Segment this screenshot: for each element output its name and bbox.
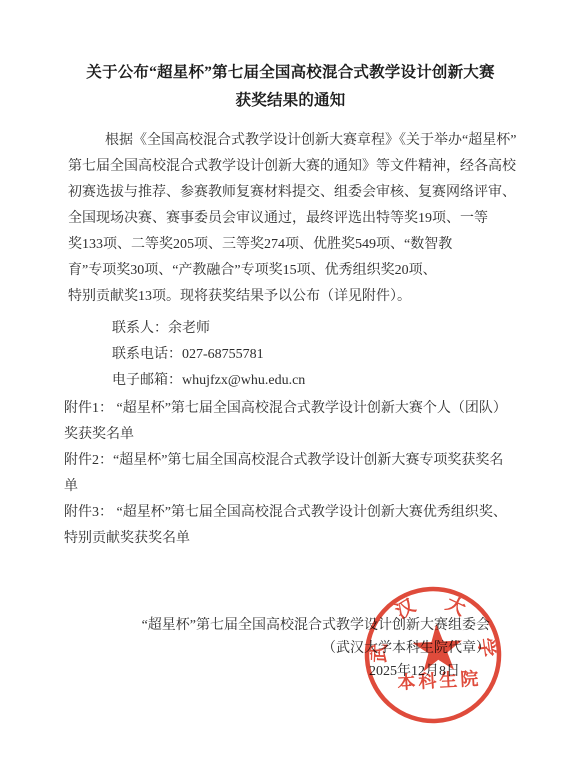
attachment-line: 附件3： “超星杯”第七届全国高校混合式教学设计创新大赛优秀组织奖、 — [64, 500, 581, 526]
notice-title-line-2: 获奖结果的通知 — [40, 87, 541, 115]
paragraph-line: 特别贡献奖13项。现将获奖结果予以公布（详见附件）。 — [68, 284, 581, 310]
attachment-line: 特别贡献奖获奖名单 — [64, 526, 581, 552]
attachment-line: 附件1： “超星杯”第七届全国高校混合式教学设计创新大赛个人（团队） — [64, 396, 581, 422]
signature-date: 2025年12月8日 — [0, 660, 581, 683]
attachments-block: 附件1： “超星杯”第七届全国高校混合式教学设计创新大赛个人（团队） 奖获奖名单… — [64, 396, 581, 552]
signature-block: “超星杯”第七届全国高校混合式教学设计创新大赛组委会 （武汉大学本科生院代章） … — [0, 614, 581, 683]
notice-title: 关于公布“超星杯”第七届全国高校混合式教学设计创新大赛 获奖结果的通知 — [40, 59, 541, 115]
document-page: 关于公布“超星杯”第七届全国高校混合式教学设计创新大赛 获奖结果的通知 根据《全… — [0, 0, 581, 783]
contact-person-line: 联系人：余老师 — [112, 316, 581, 342]
signature-note: （武汉大学本科生院代章） — [0, 637, 581, 660]
paragraph-line: 奖133项、二等奖205项、三等奖274项、优胜奖549项、“数智教 — [68, 232, 581, 258]
attachment-line: 附件2：“超星杯”第七届全国高校混合式教学设计创新大赛专项奖获奖名 — [64, 448, 581, 474]
signature-organization: “超星杯”第七届全国高校混合式教学设计创新大赛组委会 — [0, 614, 581, 637]
paragraph-line: 第七届全国高校混合式教学设计创新大赛的通知》等文件精神，经各高校 — [68, 154, 581, 180]
paragraph-line: 全国现场决赛、赛事委员会审议通过，最终评选出特等奖19项、一等 — [68, 206, 581, 232]
paragraph-line: 育”专项奖30项、“产教融合”专项奖15项、优秀组织奖20项、 — [68, 258, 581, 284]
paragraph-line: 初赛选拔与推荐、参赛教师复赛材料提交、组委会审核、复赛网络评审、 — [68, 180, 581, 206]
attachment-line: 单 — [64, 474, 581, 500]
attachment-line: 奖获奖名单 — [64, 422, 581, 448]
notice-title-line-1: 关于公布“超星杯”第七届全国高校混合式教学设计创新大赛 — [40, 59, 541, 87]
body-paragraph: 根据《全国高校混合式教学设计创新大赛章程》《关于举办“超星杯” 第七届全国高校混… — [68, 128, 581, 310]
paragraph-line: 根据《全国高校混合式教学设计创新大赛章程》《关于举办“超星杯” — [68, 128, 581, 154]
contact-block: 联系人：余老师 联系电话：027-68755781 电子邮箱：whujfzx@w… — [112, 316, 581, 394]
contact-phone-line: 联系电话：027-68755781 — [112, 342, 581, 368]
contact-email-line: 电子邮箱：whujfzx@whu.edu.cn — [112, 368, 581, 394]
